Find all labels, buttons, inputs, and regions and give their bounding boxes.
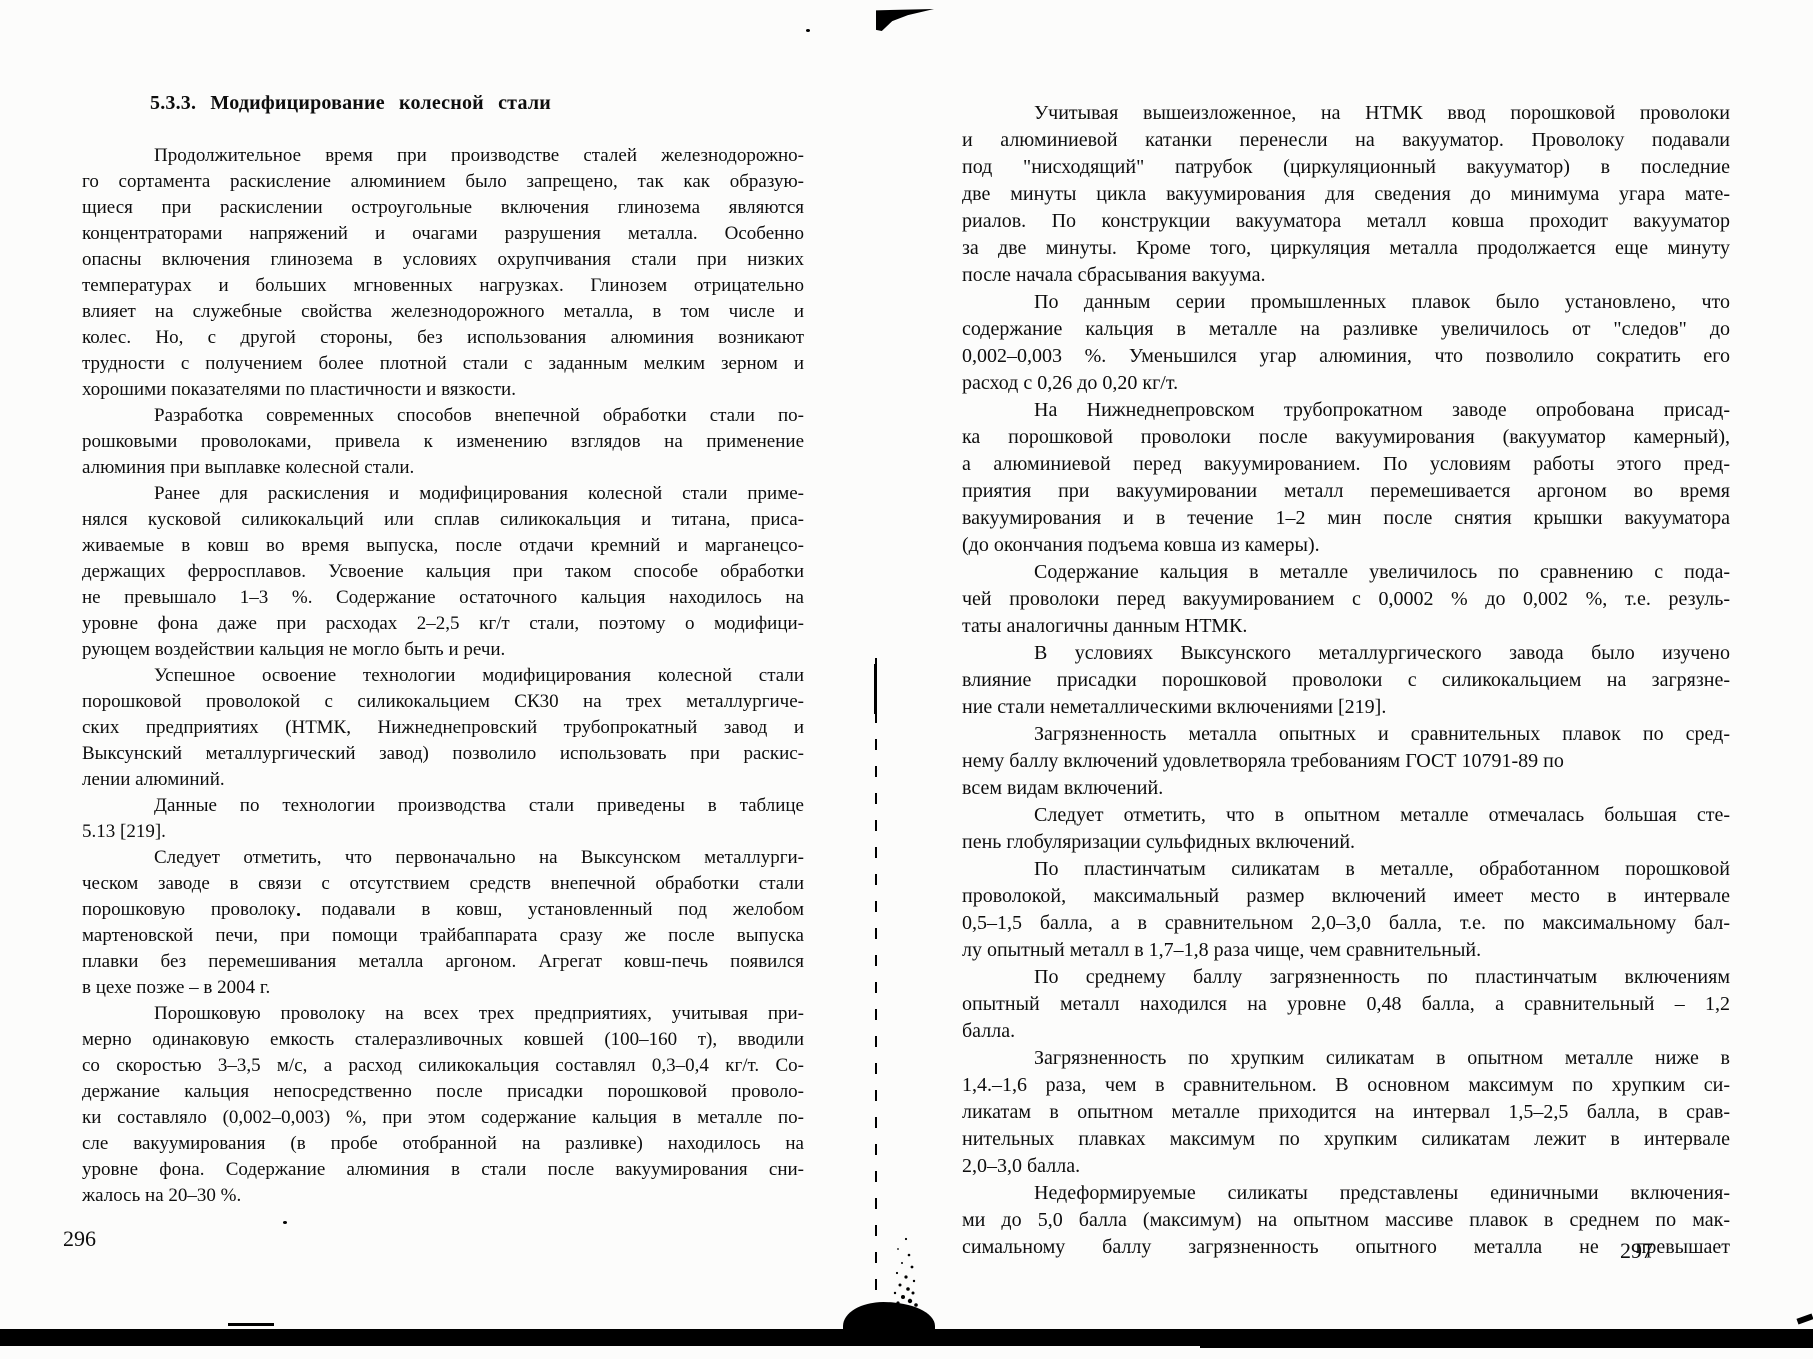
text-line: трудности с получением более плотной ста… bbox=[82, 351, 804, 377]
text-line: Следует отметить, что в опытном металле … bbox=[962, 802, 1730, 829]
text-line: уровне фона даже при расходах 2–2,5 кг/т… bbox=[82, 611, 804, 637]
paragraph: Продолжительное время при производстве с… bbox=[82, 143, 804, 403]
speck-artifact bbox=[806, 29, 810, 32]
paragraph: Содержание кальция в металле увеличилось… bbox=[962, 559, 1730, 640]
text-line: щиеся при раскислении остроугольные вклю… bbox=[82, 195, 804, 221]
text-line: под "нисходящий" патрубок (циркуляционны… bbox=[962, 154, 1730, 181]
spine-dashed-line-artifact bbox=[875, 658, 877, 1330]
text-line: ликатам в опытном металле приходится на … bbox=[962, 1099, 1730, 1126]
text-line: По данным серии промышленных плавок было… bbox=[962, 289, 1730, 316]
paragraph: По пластинчатым силикатам в металле, обр… bbox=[962, 856, 1730, 964]
text-line: симальному баллу загрязненность опытного… bbox=[962, 1234, 1730, 1261]
text-line: концентраторами напряжений и очагами раз… bbox=[82, 221, 804, 247]
text-line: две минуты цикла вакуумирования для свед… bbox=[962, 181, 1730, 208]
text-line: По среднему баллу загрязненность по плас… bbox=[962, 964, 1730, 991]
text-line: ки составляло (0,002–0,003) %, при этом … bbox=[82, 1105, 804, 1131]
text-line: ние стали неметаллическими включениями [… bbox=[962, 694, 1730, 721]
paragraph: По данным серии промышленных плавок было… bbox=[962, 289, 1730, 397]
paragraph: Успешное освоение технологии модифициров… bbox=[82, 663, 804, 793]
text-line: уровне фона. Содержание алюминия в стали… bbox=[82, 1157, 804, 1183]
text-line: опасны включения глинозема в условиях ох… bbox=[82, 247, 804, 273]
text-line: влияет на служебные свойства железнодоро… bbox=[82, 299, 804, 325]
scan-edge-tick bbox=[1796, 1313, 1813, 1324]
text-line: ка порошковой проволоки после вакуумиров… bbox=[962, 424, 1730, 451]
text-line: всем видам включений. bbox=[962, 775, 1730, 802]
paragraph: Загрязненность металла опытных и сравнит… bbox=[962, 721, 1730, 802]
text-line: ми до 5,0 балла (максимум) на опытном ма… bbox=[962, 1207, 1730, 1234]
text-line: опытный металл находился на уровне 0,48 … bbox=[962, 991, 1730, 1018]
text-line: 2,0–3,0 балла. bbox=[962, 1153, 1730, 1180]
speck-artifact bbox=[297, 913, 300, 916]
text-line: Ранее для раскисления и модифицирования … bbox=[82, 481, 804, 507]
text-line: таты аналогичны данным НТМК. bbox=[962, 613, 1730, 640]
paragraph: Следует отметить, что первоначально на В… bbox=[82, 845, 804, 1001]
text-line: 5.13 [219]. bbox=[82, 819, 804, 845]
text-line: Учитывая вышеизложенное, на НТМК ввод по… bbox=[962, 100, 1730, 127]
text-line: сле вакуумирования (в пробе отобранной н… bbox=[82, 1131, 804, 1157]
section-heading: 5.3.3. Модифицирование колесной стали bbox=[82, 90, 804, 116]
text-line: Порошковую проволоку на всех трех предпр… bbox=[82, 1001, 804, 1027]
text-line: держащих ферросплавов. Усвоение кальция … bbox=[82, 559, 804, 585]
text-line: 0,5–1,5 балла, а в сравнительном 2,0–3,0… bbox=[962, 910, 1730, 937]
text-line: температурах и больших мгновенных нагруз… bbox=[82, 273, 804, 299]
text-line: плавки без перемешивания металла аргоном… bbox=[82, 949, 804, 975]
text-line: По пластинчатым силикатам в металле, обр… bbox=[962, 856, 1730, 883]
paragraph: На Нижнеднепровском трубопрокатном завод… bbox=[962, 397, 1730, 559]
text-line: риалов. По конструкции вакууматора метал… bbox=[962, 208, 1730, 235]
text-line: чей проволоки перед вакуумированием с 0,… bbox=[962, 586, 1730, 613]
ink-spray-artifact bbox=[868, 1233, 924, 1333]
paragraph: Недеформируемые силикаты представлены ед… bbox=[962, 1180, 1730, 1261]
text-line: и алюминиевой катанки перенесли на вакуу… bbox=[962, 127, 1730, 154]
text-line: хорошими показателями по пластичности и … bbox=[82, 377, 804, 403]
text-line: со скоростью 3–3,5 м/с, а расход силикок… bbox=[82, 1053, 804, 1079]
left-page: 5.3.3. Модифицирование колесной стали Пр… bbox=[82, 90, 804, 1209]
text-line: Следует отметить, что первоначально на В… bbox=[82, 845, 804, 871]
text-line: порошковой проволокой с силикокальцием С… bbox=[82, 689, 804, 715]
text-line: влияние присадки порошковой проволоки с … bbox=[962, 667, 1730, 694]
text-line: Успешное освоение технологии модифициров… bbox=[82, 663, 804, 689]
text-line: алюминия при выплавке колесной стали. bbox=[82, 455, 804, 481]
spine-line-artifact bbox=[874, 664, 877, 714]
text-line: (до окончания подъема ковша из камеры). bbox=[962, 532, 1730, 559]
text-line: вакуумирования и в течение 1–2 мин после… bbox=[962, 505, 1730, 532]
text-line: Загрязненность по хрупким силикатам в оп… bbox=[962, 1045, 1730, 1072]
text-line: ческом заводе в связи с отсутствием сред… bbox=[82, 871, 804, 897]
paragraph: В условиях Выксунского металлургического… bbox=[962, 640, 1730, 721]
text-line: Загрязненность металла опытных и сравнит… bbox=[962, 721, 1730, 748]
paragraph: Загрязненность по хрупким силикатам в оп… bbox=[962, 1045, 1730, 1180]
text-line: в цехе позже – в 2004 г. bbox=[82, 975, 804, 1001]
text-line: лу опытный металл в 1,7–1,8 раза чище, ч… bbox=[962, 937, 1730, 964]
text-line: порошковую проволоку подавали в ковш, ус… bbox=[82, 897, 804, 923]
right-page-body: Учитывая вышеизложенное, на НТМК ввод по… bbox=[962, 100, 1730, 1261]
text-line: балла. bbox=[962, 1018, 1730, 1045]
text-line: На Нижнеднепровском трубопрокатном завод… bbox=[962, 397, 1730, 424]
paragraph: Следует отметить, что в опытном металле … bbox=[962, 802, 1730, 856]
text-line: после начала сбрасывания вакуума. bbox=[962, 262, 1730, 289]
text-line: приятия при вакуумировании металл переме… bbox=[962, 478, 1730, 505]
text-line: 1,4.–1,6 раза, чем в сравнительном. В ос… bbox=[962, 1072, 1730, 1099]
page-number-left: 296 bbox=[63, 1226, 96, 1252]
paragraph: Учитывая вышеизложенное, на НТМК ввод по… bbox=[962, 100, 1730, 289]
text-line: не превышало 1–3 %. Содержание остаточно… bbox=[82, 585, 804, 611]
text-line: нему баллу включений удовлетворяла требо… bbox=[962, 748, 1730, 775]
book-spread: 5.3.3. Модифицирование колесной стали Пр… bbox=[0, 0, 1813, 1359]
text-line: лении алюминий. bbox=[82, 767, 804, 793]
text-line: содержание кальция в металле на разливке… bbox=[962, 316, 1730, 343]
text-line: рошковыми проволоками, привела к изменен… bbox=[82, 429, 804, 455]
text-line: В условиях Выксунского металлургического… bbox=[962, 640, 1730, 667]
paragraph: Ранее для раскисления и модифицирования … bbox=[82, 481, 804, 663]
text-line: Данные по технологии производства стали … bbox=[82, 793, 804, 819]
text-line: нялся кусковой силикокальций или сплав с… bbox=[82, 507, 804, 533]
text-line: держание кальция непосредственно после п… bbox=[82, 1079, 804, 1105]
text-line: Содержание кальция в металле увеличилось… bbox=[962, 559, 1730, 586]
text-line: Недеформируемые силикаты представлены ед… bbox=[962, 1180, 1730, 1207]
page-number-right: 297 bbox=[1620, 1238, 1653, 1264]
speck-artifact bbox=[283, 1221, 287, 1224]
text-line: рующем воздействии кальция не могло быть… bbox=[82, 637, 804, 663]
ink-flag-artifact bbox=[876, 9, 934, 31]
text-line: мартеновской печи, при помощи трайбаппар… bbox=[82, 923, 804, 949]
text-line: проволокой, максимальный размер включени… bbox=[962, 883, 1730, 910]
text-line: за две минуты. Кроме того, циркуляция ме… bbox=[962, 235, 1730, 262]
left-page-body: Продолжительное время при производстве с… bbox=[82, 143, 804, 1209]
paragraph: Порошковую проволоку на всех трех предпр… bbox=[82, 1001, 804, 1209]
text-line: 0,002–0,003 %. Уменьшился угар алюминия,… bbox=[962, 343, 1730, 370]
text-line: расход с 0,26 до 0,20 кг/т. bbox=[962, 370, 1730, 397]
paragraph: Данные по технологии производства стали … bbox=[82, 793, 804, 845]
speck-artifact bbox=[228, 1323, 274, 1326]
right-page: Учитывая вышеизложенное, на НТМК ввод по… bbox=[962, 100, 1730, 1261]
text-line: мерно одинаковую емкость сталеразливочны… bbox=[82, 1027, 804, 1053]
text-line: а алюминиевой перед вакуумированием. По … bbox=[962, 451, 1730, 478]
text-line: го сортамента раскисление алюминием было… bbox=[82, 169, 804, 195]
text-line: пень глобуляризации сульфидных включений… bbox=[962, 829, 1730, 856]
paragraph: По среднему баллу загрязненность по плас… bbox=[962, 964, 1730, 1045]
text-line: ских предприятиях (НТМК, Нижнеднепровски… bbox=[82, 715, 804, 741]
text-line: колес. Но, с другой стороны, без использ… bbox=[82, 325, 804, 351]
text-line: живаемые в ковш во время выпуска, после … bbox=[82, 533, 804, 559]
text-line: Выксунский металлургический завод) позво… bbox=[82, 741, 804, 767]
text-line: Разработка современных способов внепечно… bbox=[82, 403, 804, 429]
scan-edge-bar-extension bbox=[1200, 1340, 1813, 1348]
text-line: Продолжительное время при производстве с… bbox=[82, 143, 804, 169]
paragraph: Разработка современных способов внепечно… bbox=[82, 403, 804, 481]
text-line: нительных плавках максимум по хрупким си… bbox=[962, 1126, 1730, 1153]
text-line: жалось на 20–30 %. bbox=[82, 1183, 804, 1209]
